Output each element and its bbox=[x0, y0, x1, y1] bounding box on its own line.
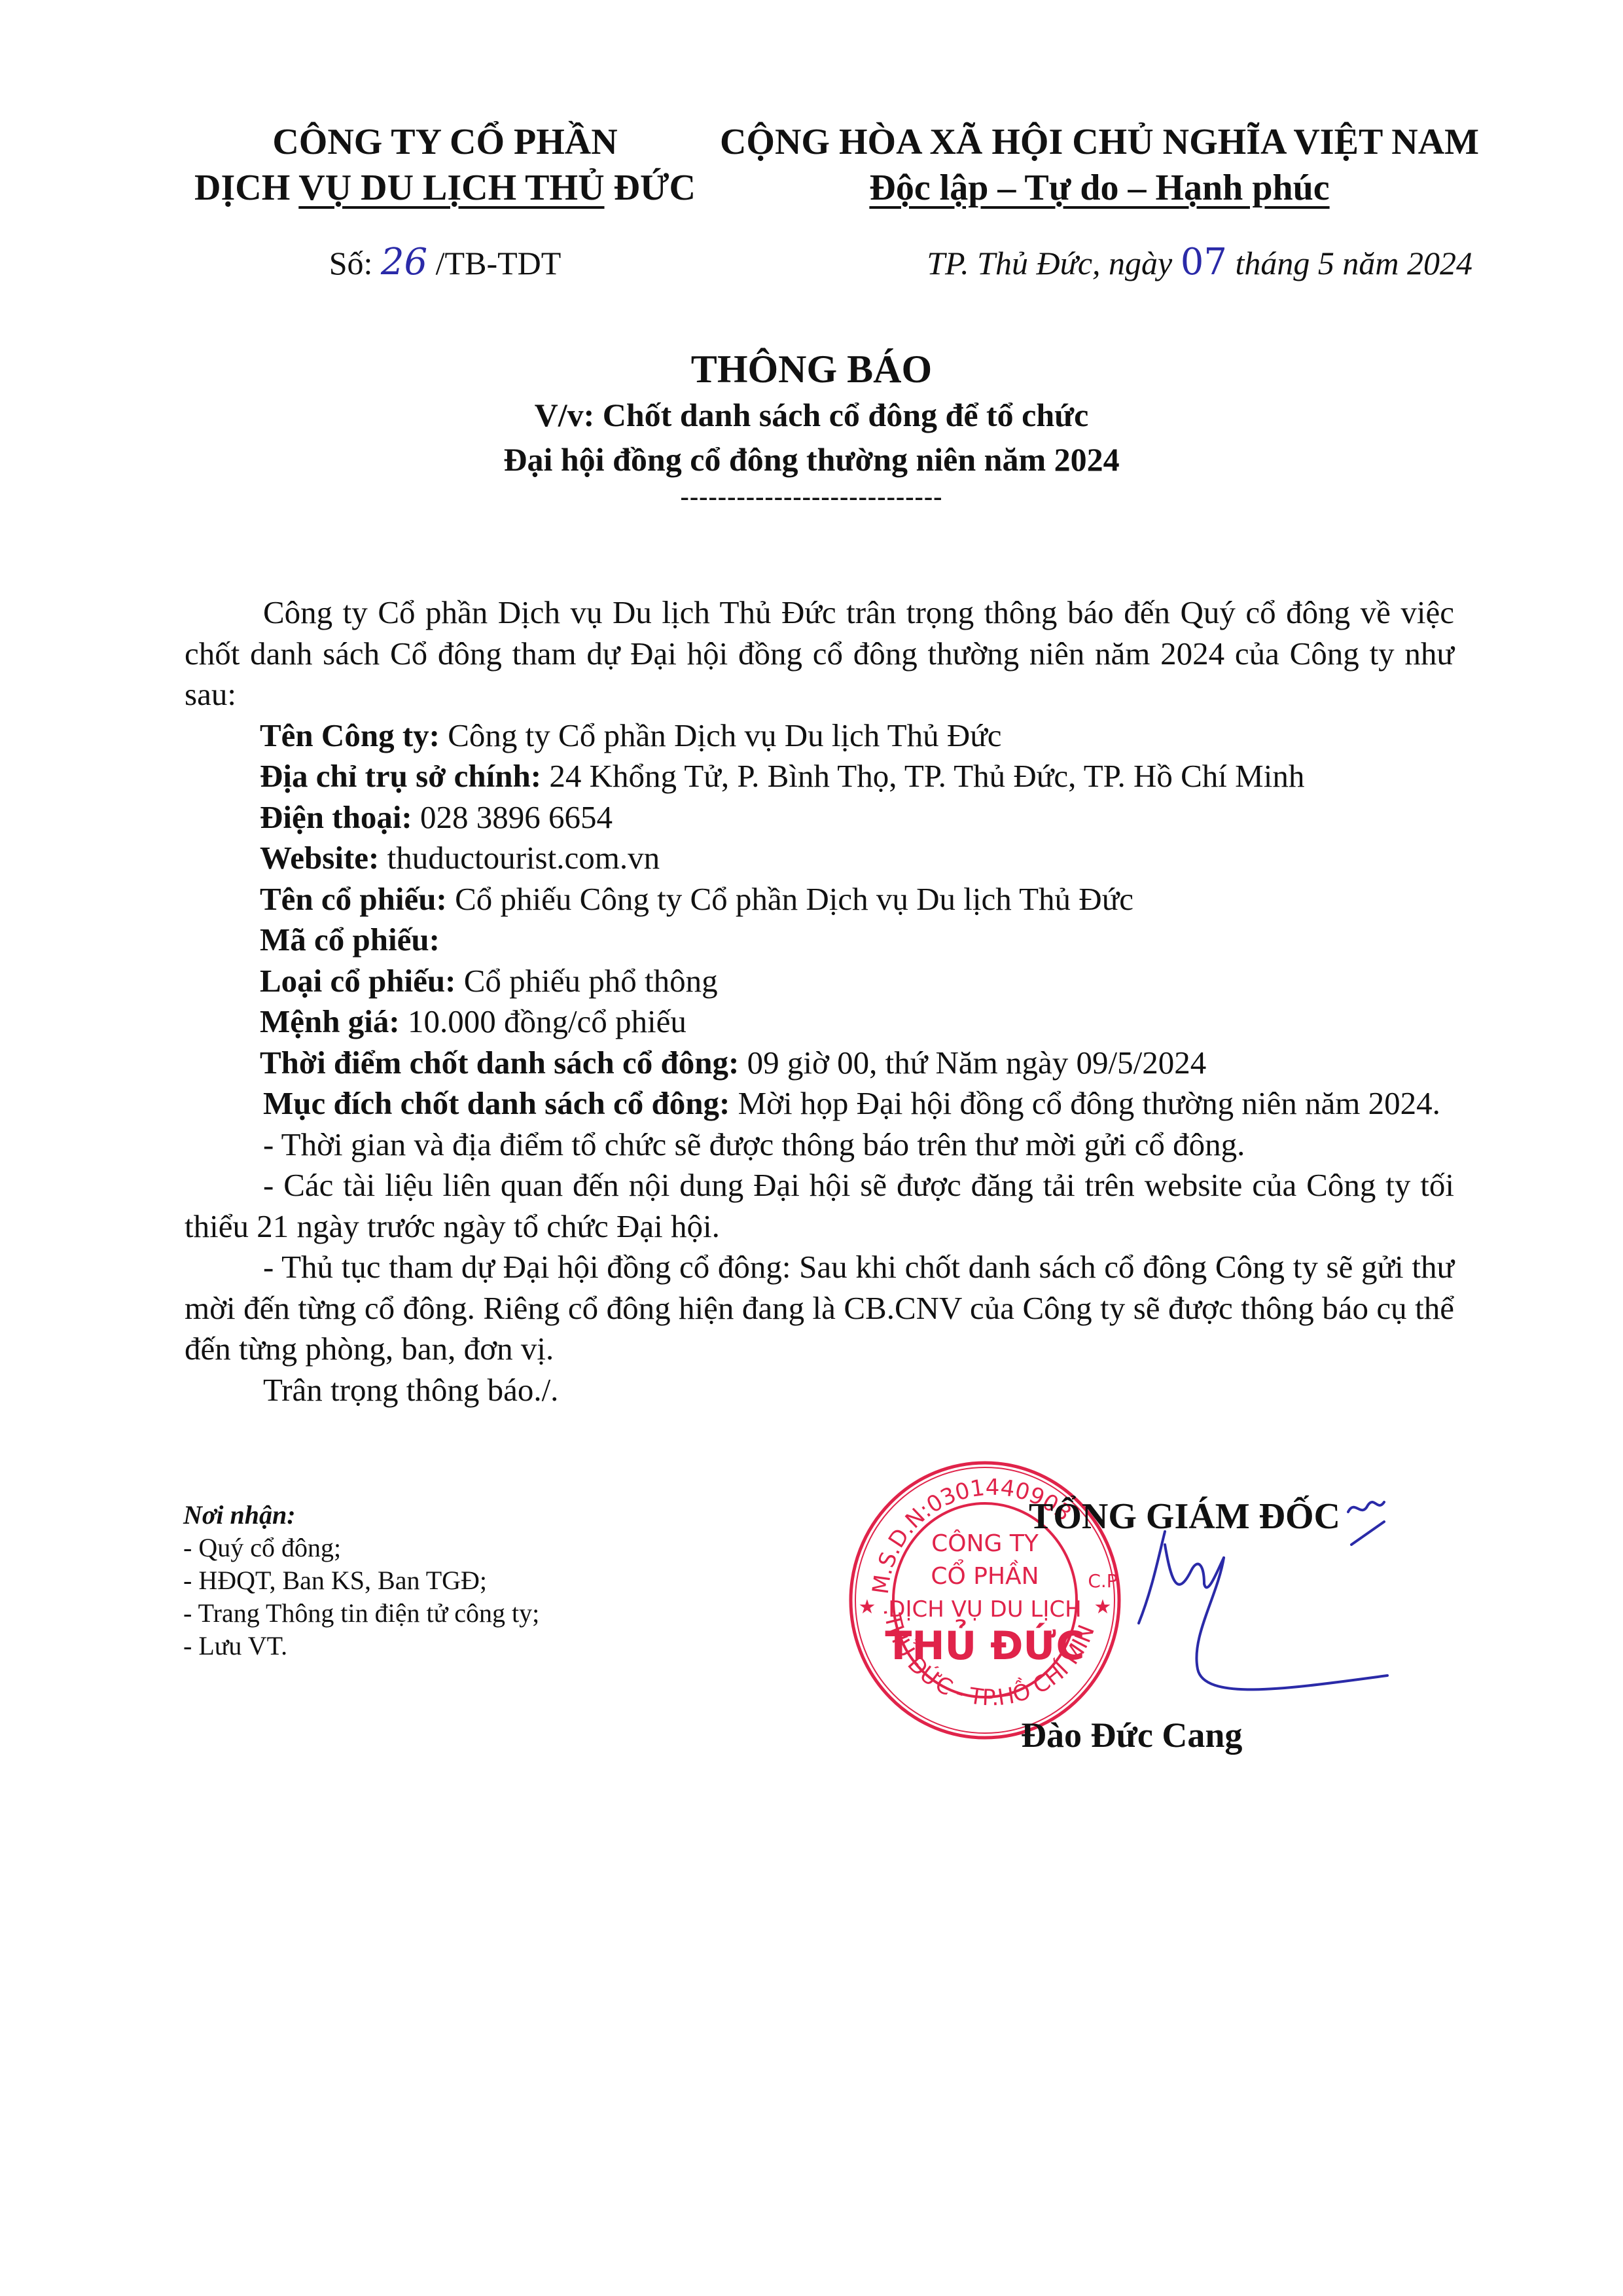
svg-text:CỔ PHẦN: CỔ PHẦN bbox=[931, 1559, 1039, 1590]
intro-paragraph: Công ty Cổ phần Dịch vụ Du lịch Thủ Đức … bbox=[185, 592, 1454, 715]
handwritten-day: 07 bbox=[1181, 241, 1227, 283]
recipients-block: Nơi nhận: - Quý cổ đông;- HĐQT, Ban KS, … bbox=[183, 1499, 707, 1662]
note-item: - Thủ tục tham dự Đại hội đồng cổ đông: … bbox=[185, 1247, 1454, 1370]
purpose-paragraph: Mục đích chốt danh sách cổ đông: Mời họp… bbox=[185, 1083, 1454, 1124]
recipient-item: - Quý cổ đông; bbox=[183, 1532, 707, 1564]
field-label: Địa chỉ trụ sở chính: bbox=[260, 758, 541, 794]
field-value: 09 giờ 00, thứ Năm ngày 09/5/2024 bbox=[739, 1045, 1206, 1081]
national-header: CỘNG HÒA XÃ HỘI CHỦ NGHĨA VIỆT NAM Độc l… bbox=[707, 119, 1492, 211]
handwritten-number: 26 bbox=[381, 241, 427, 283]
field-label: Website: bbox=[260, 840, 379, 876]
company-name-line2: DỊCH VỤ DU LỊCH THỦ ĐỨC bbox=[183, 165, 707, 211]
field-value: 10.000 đồng/cổ phiếu bbox=[400, 1003, 687, 1039]
field-value: Công ty Cổ phần Dịch vụ Du lịch Thủ Đức bbox=[440, 717, 1002, 753]
info-field: Tên Công ty: Công ty Cổ phần Dịch vụ Du … bbox=[185, 715, 1454, 757]
svg-text:DỊCH VỤ DU LỊCH: DỊCH VỤ DU LỊCH bbox=[888, 1596, 1081, 1623]
document-date: TP. Thủ Đức, ngày 07 tháng 5 năm 2024 bbox=[870, 241, 1472, 283]
document-title: THÔNG BÁO bbox=[0, 347, 1623, 392]
svg-text:C.P: C.P bbox=[1088, 1570, 1117, 1592]
field-value: Cổ phiếu phổ thông bbox=[455, 963, 717, 999]
field-label: Mệnh giá: bbox=[260, 1003, 400, 1039]
field-label: Loại cổ phiếu: bbox=[260, 963, 455, 999]
closing-line: Trân trọng thông báo./. bbox=[185, 1370, 1454, 1411]
info-field: Mệnh giá: 10.000 đồng/cổ phiếu bbox=[185, 1001, 1454, 1043]
field-value: 028 3896 6654 bbox=[412, 799, 613, 835]
field-value: Cổ phiếu Công ty Cổ phần Dịch vụ Du lịch… bbox=[447, 881, 1133, 917]
info-field: Tên cổ phiếu: Cổ phiếu Công ty Cổ phần D… bbox=[185, 879, 1454, 920]
notes-list: - Thời gian và địa điểm tổ chức sẽ được … bbox=[185, 1124, 1454, 1370]
recipient-item: - Lưu VT. bbox=[183, 1630, 707, 1662]
info-field: Điện thoại: 028 3896 6654 bbox=[185, 797, 1454, 838]
info-field: Địa chỉ trụ sở chính: 24 Khổng Tử, P. Bì… bbox=[185, 756, 1454, 797]
note-item: - Thời gian và địa điểm tổ chức sẽ được … bbox=[185, 1124, 1454, 1166]
recipient-item: - HĐQT, Ban KS, Ban TGĐ; bbox=[183, 1564, 707, 1597]
signatory-name: Đào Đức Cang bbox=[1021, 1715, 1361, 1755]
info-field: Website: thuductourist.com.vn bbox=[185, 838, 1454, 879]
document-body: Công ty Cổ phần Dịch vụ Du lịch Thủ Đức … bbox=[185, 592, 1454, 1410]
field-value: 24 Khổng Tử, P. Bình Thọ, TP. Thủ Đức, T… bbox=[541, 758, 1304, 794]
title-separator: ---------------------------- bbox=[0, 481, 1623, 512]
info-fields: Tên Công ty: Công ty Cổ phần Dịch vụ Du … bbox=[185, 715, 1454, 1084]
info-field: Thời điểm chốt danh sách cổ đông: 09 giờ… bbox=[185, 1043, 1454, 1084]
document-number: Số: 26 /TB-TDT bbox=[183, 241, 707, 283]
company-name-line1: CÔNG TY CỔ PHẦN bbox=[183, 119, 707, 165]
info-field: Mã cổ phiếu: bbox=[185, 920, 1454, 961]
svg-text:★: ★ bbox=[1094, 1596, 1112, 1619]
signatory-title: TỔNG GIÁM ĐỐC bbox=[982, 1496, 1387, 1537]
national-motto: Độc lập – Tự do – Hạnh phúc bbox=[869, 168, 1329, 208]
recipient-item: - Trang Thông tin điện tử công ty; bbox=[183, 1597, 707, 1630]
svg-text:★: ★ bbox=[859, 1596, 876, 1619]
info-field: Loại cổ phiếu: Cổ phiếu phổ thông bbox=[185, 961, 1454, 1002]
field-label: Điện thoại: bbox=[260, 799, 412, 835]
field-value: thuductourist.com.vn bbox=[379, 840, 660, 876]
recipients-heading: Nơi nhận: bbox=[183, 1499, 707, 1532]
field-label: Thời điểm chốt danh sách cổ đông: bbox=[260, 1045, 739, 1081]
field-label: Tên cổ phiếu: bbox=[260, 881, 447, 917]
recipients-list: - Quý cổ đông;- HĐQT, Ban KS, Ban TGĐ;- … bbox=[183, 1532, 707, 1662]
company-header: CÔNG TY CỔ PHẦN DỊCH VỤ DU LỊCH THỦ ĐỨC bbox=[183, 119, 707, 211]
field-label: Tên Công ty: bbox=[260, 717, 440, 753]
nation-name: CỘNG HÒA XÃ HỘI CHỦ NGHĨA VIỆT NAM bbox=[707, 119, 1492, 165]
document-subject: V/v: Chốt danh sách cổ đông để tổ chức Đ… bbox=[0, 393, 1623, 482]
field-label: Mã cổ phiếu: bbox=[260, 922, 440, 958]
note-item: - Các tài liệu liên quan đến nội dung Đạ… bbox=[185, 1165, 1454, 1247]
svg-text:THỦ ĐỨC: THỦ ĐỨC bbox=[885, 1618, 1084, 1669]
